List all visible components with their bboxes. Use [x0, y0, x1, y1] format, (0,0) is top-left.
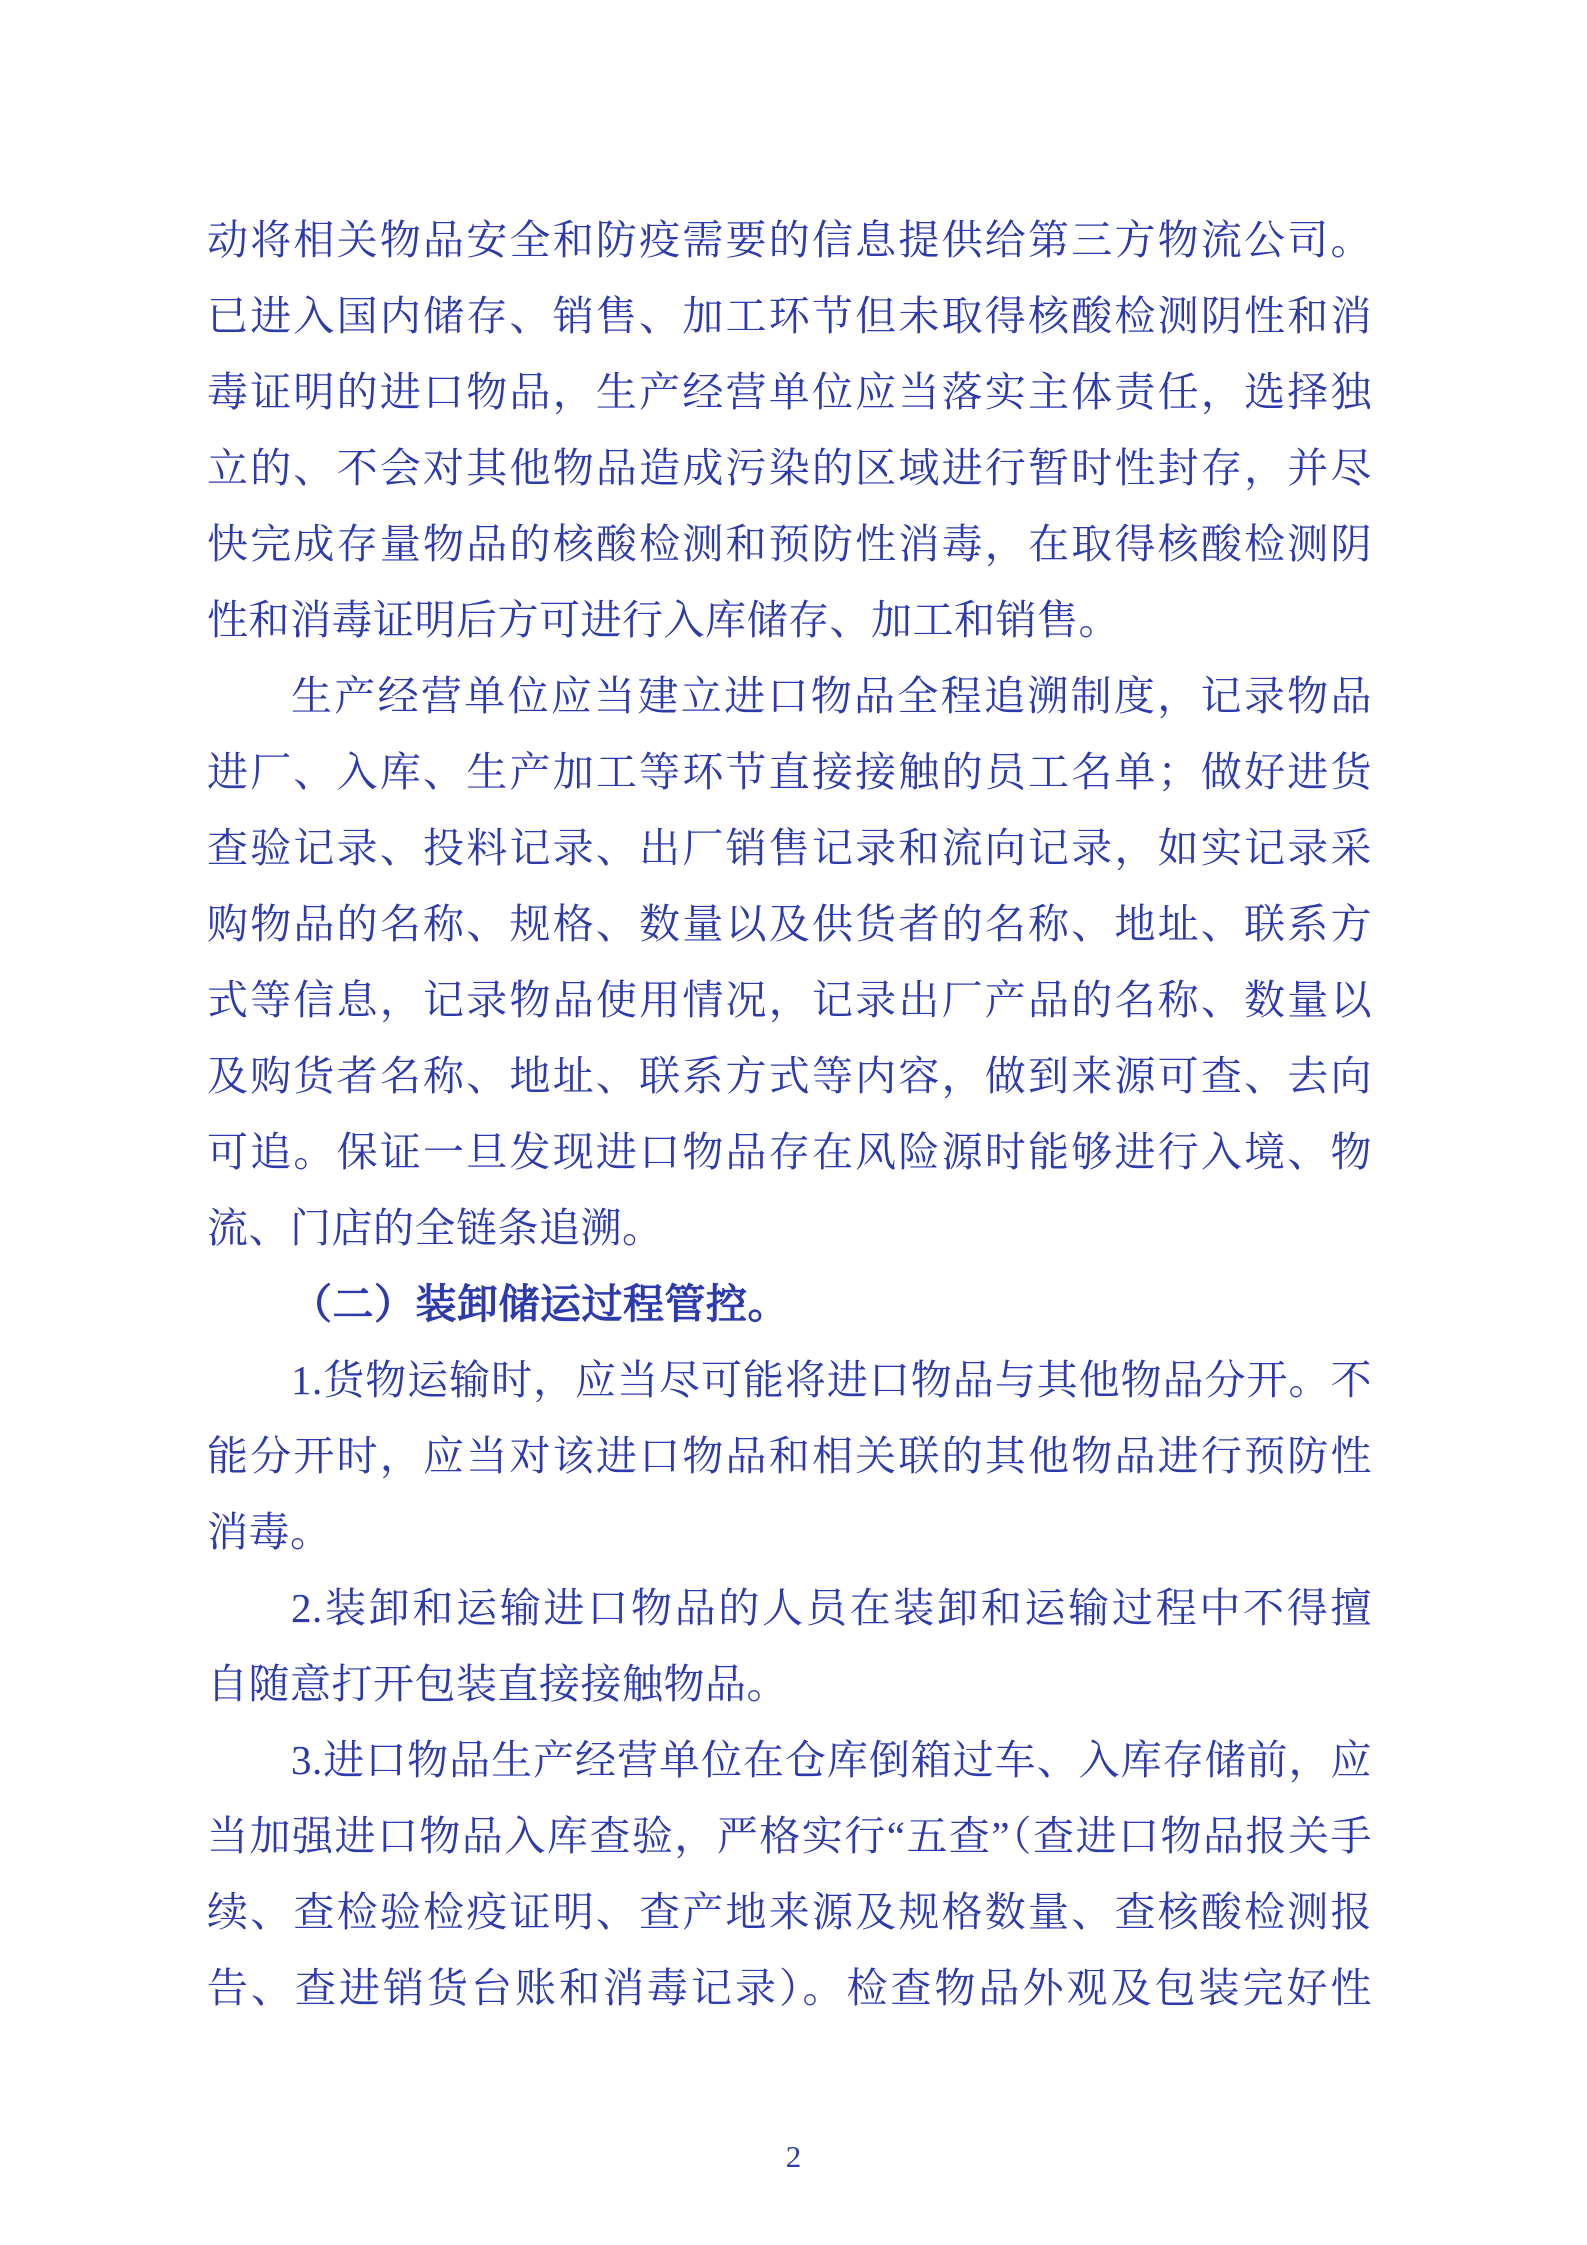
text-line: 1.货物运输时，应当尽可能将进口物品与其他物品分开。不	[207, 1342, 1372, 1418]
text-line: 3.进口物品生产经营单位在仓库倒箱过车、入库存储前，应	[207, 1722, 1372, 1798]
text-line: 流、门店的全链条追溯。	[207, 1190, 1372, 1266]
text-line: 购物品的名称、规格、数量以及供货者的名称、地址、联系方	[207, 886, 1372, 962]
text-line: 续、查检验检疫证明、查产地来源及规格数量、查核酸检测报	[207, 1874, 1372, 1950]
text-line: 2.装卸和运输进口物品的人员在装卸和运输过程中不得擅	[207, 1570, 1372, 1646]
text-line: 性和消毒证明后方可进行入库储存、加工和销售。	[207, 582, 1372, 658]
text-line: 及购货者名称、地址、联系方式等内容，做到来源可查、去向	[207, 1038, 1372, 1114]
text-line: 式等信息，记录物品使用情况，记录出厂产品的名称、数量以	[207, 962, 1372, 1038]
text-line: （二）装卸储运过程管控。	[207, 1266, 1372, 1342]
text-line: 进厂、入库、生产加工等环节直接接触的员工名单；做好进货	[207, 734, 1372, 810]
text-line: 消毒。	[207, 1494, 1372, 1570]
text-line: 可追。保证一旦发现进口物品存在风险源时能够进行入境、物	[207, 1114, 1372, 1190]
text-line: 动将相关物品安全和防疫需要的信息提供给第三方物流公司。	[207, 202, 1372, 278]
text-line: 立的、不会对其他物品造成污染的区域进行暂时性封存，并尽	[207, 430, 1372, 506]
text-line: 自随意打开包装直接接触物品。	[207, 1646, 1372, 1722]
text-line: 快完成存量物品的核酸检测和预防性消毒，在取得核酸检测阴	[207, 506, 1372, 582]
text-line: 告、查进销货台账和消毒记录）。检查物品外观及包装完好性	[207, 1950, 1372, 2026]
text-line: 当加强进口物品入库查验，严格实行“五查”（查进口物品报关手	[207, 1798, 1372, 1874]
text-line: 已进入国内储存、销售、加工环节但未取得核酸检测阴性和消	[207, 278, 1372, 354]
document-page: 动将相关物品安全和防疫需要的信息提供给第三方物流公司。已进入国内储存、销售、加工…	[0, 0, 1587, 2245]
text-body: 动将相关物品安全和防疫需要的信息提供给第三方物流公司。已进入国内储存、销售、加工…	[207, 202, 1372, 2026]
page-number: 2	[0, 2136, 1587, 2178]
text-line: 查验记录、投料记录、出厂销售记录和流向记录，如实记录采	[207, 810, 1372, 886]
text-line: 毒证明的进口物品，生产经营单位应当落实主体责任，选择独	[207, 354, 1372, 430]
text-line: 能分开时，应当对该进口物品和相关联的其他物品进行预防性	[207, 1418, 1372, 1494]
text-line: 生产经营单位应当建立进口物品全程追溯制度，记录物品	[207, 658, 1372, 734]
